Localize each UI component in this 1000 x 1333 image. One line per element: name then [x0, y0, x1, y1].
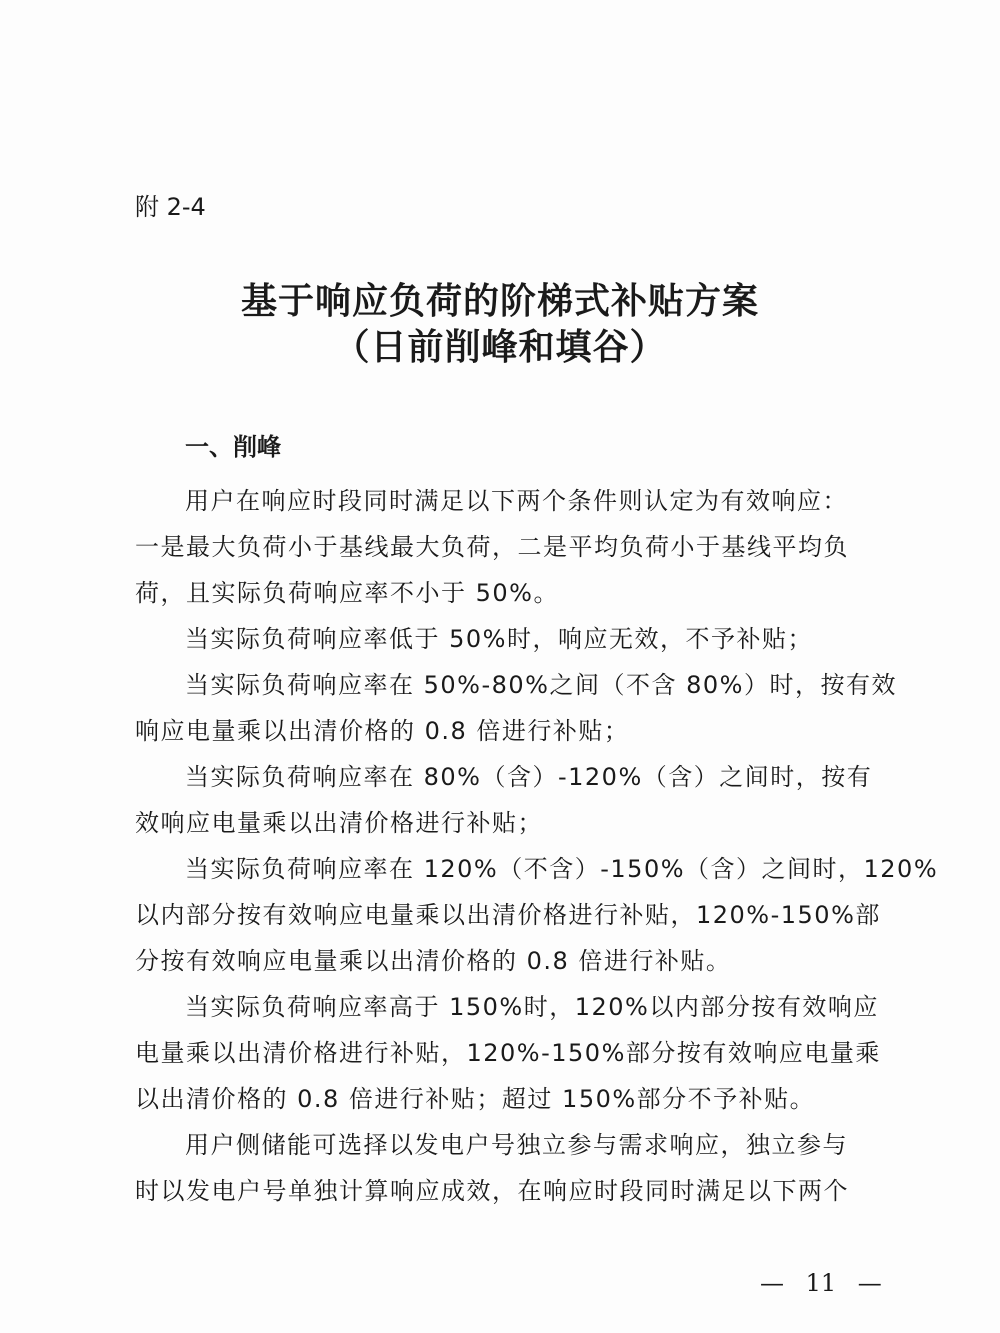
document-subtitle: （日前削峰和填谷）	[0, 326, 1000, 370]
text-line: 效响应电量乘以出清价格进行补贴；	[135, 800, 880, 846]
text-line: 用户侧储能可选择以发电户号独立参与需求响应，独立参与	[135, 1122, 880, 1168]
text-line: 以内部分按有效响应电量乘以出清价格进行补贴，120%-150%部	[135, 892, 880, 938]
text-line: 当实际负荷响应率在 50%-80%之间（不含 80%）时，按有效	[135, 662, 880, 708]
text-line: 响应电量乘以出清价格的 0.8 倍进行补贴；	[135, 708, 880, 754]
text-line: 以出清价格的 0.8 倍进行补贴；超过 150%部分不予补贴。	[135, 1076, 880, 1122]
text-line: 当实际负荷响应率在 120%（不含）-150%（含）之间时，120%	[135, 846, 880, 892]
text-line: 分按有效响应电量乘以出清价格的 0.8 倍进行补贴。	[135, 938, 880, 984]
body-text: 用户在响应时段同时满足以下两个条件则认定为有效响应： 一是最大负荷小于基线最大负…	[135, 478, 880, 1214]
page-number: — 11 —	[760, 1268, 882, 1298]
text-line: 用户在响应时段同时满足以下两个条件则认定为有效响应：	[135, 478, 880, 524]
text-line: 当实际负荷响应率低于 50%时，响应无效，不予补贴；	[135, 616, 880, 662]
text-line: 一是最大负荷小于基线最大负荷，二是平均负荷小于基线平均负	[135, 524, 880, 570]
text-line: 当实际负荷响应率高于 150%时，120%以内部分按有效响应	[135, 984, 880, 1030]
text-line: 荷，且实际负荷响应率不小于 50%。	[135, 570, 880, 616]
document-title: 基于响应负荷的阶梯式补贴方案	[0, 280, 1000, 324]
attachment-label: 附 2-4	[135, 192, 206, 222]
text-line: 当实际负荷响应率在 80%（含）-120%（含）之间时，按有	[135, 754, 880, 800]
text-line: 时以发电户号单独计算响应成效，在响应时段同时满足以下两个	[135, 1168, 880, 1214]
section-heading-peak-shaving: 一、削峰	[185, 432, 281, 462]
document-page: 附 2-4 基于响应负荷的阶梯式补贴方案 （日前削峰和填谷） 一、削峰 用户在响…	[0, 0, 1000, 1333]
text-line: 电量乘以出清价格进行补贴，120%-150%部分按有效响应电量乘	[135, 1030, 880, 1076]
